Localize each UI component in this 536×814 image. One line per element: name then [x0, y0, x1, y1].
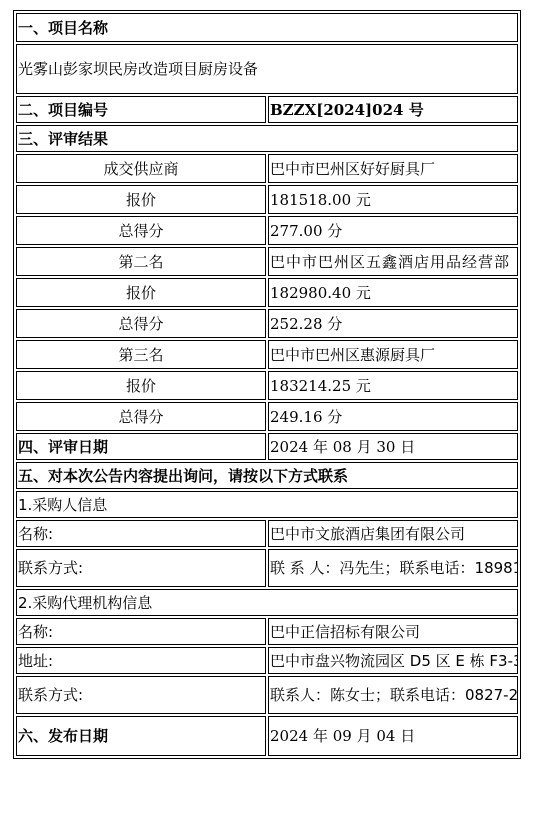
- agency-address-value: 巴中市盘兴物流园区 D5 区 E 栋 F3-3 层: [268, 647, 518, 674]
- result-value: 182980.40 元: [268, 278, 518, 307]
- agency-info-title: 2.采购代理机构信息: [16, 589, 518, 616]
- result-row: 总得分 252.28 分: [16, 309, 518, 338]
- result-label: 成交供应商: [16, 154, 266, 183]
- section-heading-review-date: 四、评审日期: [16, 433, 266, 460]
- result-row: 第三名 巴中市巴州区惠源厨具厂: [16, 340, 518, 369]
- project-name-value: 光雾山彭家坝民房改造项目厨房设备: [16, 44, 518, 94]
- result-label: 报价: [16, 185, 266, 214]
- result-row: 报价 182980.40 元: [16, 278, 518, 307]
- result-value: 巴中市巴州区好好厨具厂: [268, 154, 518, 183]
- section-heading-project-name: 一、项目名称: [16, 13, 518, 42]
- result-value: 181518.00 元: [268, 185, 518, 214]
- result-row: 报价 181518.00 元: [16, 185, 518, 214]
- result-row: 第二名 巴中市巴州区五鑫酒店用品经营部: [16, 247, 518, 276]
- result-value: 183214.25 元: [268, 371, 518, 400]
- section-heading-project-number: 二、项目编号: [16, 96, 266, 123]
- result-label: 总得分: [16, 216, 266, 245]
- result-label: 第二名: [16, 247, 266, 276]
- result-label: 第三名: [16, 340, 266, 369]
- result-row: 总得分 249.16 分: [16, 402, 518, 431]
- result-value: 巴中市巴州区五鑫酒店用品经营部: [268, 247, 518, 276]
- announcement-table: 一、项目名称 光雾山彭家坝民房改造项目厨房设备 二、项目编号 BZZX[2024…: [13, 10, 521, 759]
- result-value: 249.16 分: [268, 402, 518, 431]
- purchaser-info-title: 1.采购人信息: [16, 491, 518, 518]
- result-label: 报价: [16, 371, 266, 400]
- section-heading-review-result: 三、评审结果: [16, 125, 518, 152]
- agency-address-label: 地址:: [16, 647, 266, 674]
- section-heading-contact: 五、对本次公告内容提出询问，请按以下方式联系: [16, 462, 518, 489]
- project-number-value: BZZX[2024]024 号: [268, 96, 518, 123]
- agency-contact-label: 联系方式:: [16, 676, 266, 714]
- result-row: 总得分 277.00 分: [16, 216, 518, 245]
- result-row: 报价 183214.25 元: [16, 371, 518, 400]
- result-row: 成交供应商 巴中市巴州区好好厨具厂: [16, 154, 518, 183]
- purchaser-name-label: 名称:: [16, 520, 266, 547]
- purchaser-name-value: 巴中市文旅酒店集团有限公司: [268, 520, 518, 547]
- agency-name-value: 巴中正信招标有限公司: [268, 618, 518, 645]
- result-value: 巴中市巴州区惠源厨具厂: [268, 340, 518, 369]
- result-value: 252.28 分: [268, 309, 518, 338]
- result-label: 总得分: [16, 309, 266, 338]
- result-label: 总得分: [16, 402, 266, 431]
- agency-contact-value: 联系人：陈女士；联系电话：0827-2226577: [268, 676, 518, 714]
- review-date-value: 2024 年 08 月 30 日: [268, 433, 518, 460]
- purchaser-contact-value: 联 系 人：冯先生；联系电话：18981697745: [268, 549, 518, 587]
- agency-name-label: 名称:: [16, 618, 266, 645]
- result-value: 277.00 分: [268, 216, 518, 245]
- publish-date-value: 2024 年 09 月 04 日: [268, 716, 518, 756]
- purchaser-contact-label: 联系方式:: [16, 549, 266, 587]
- section-heading-publish-date: 六、发布日期: [16, 716, 266, 756]
- result-label: 报价: [16, 278, 266, 307]
